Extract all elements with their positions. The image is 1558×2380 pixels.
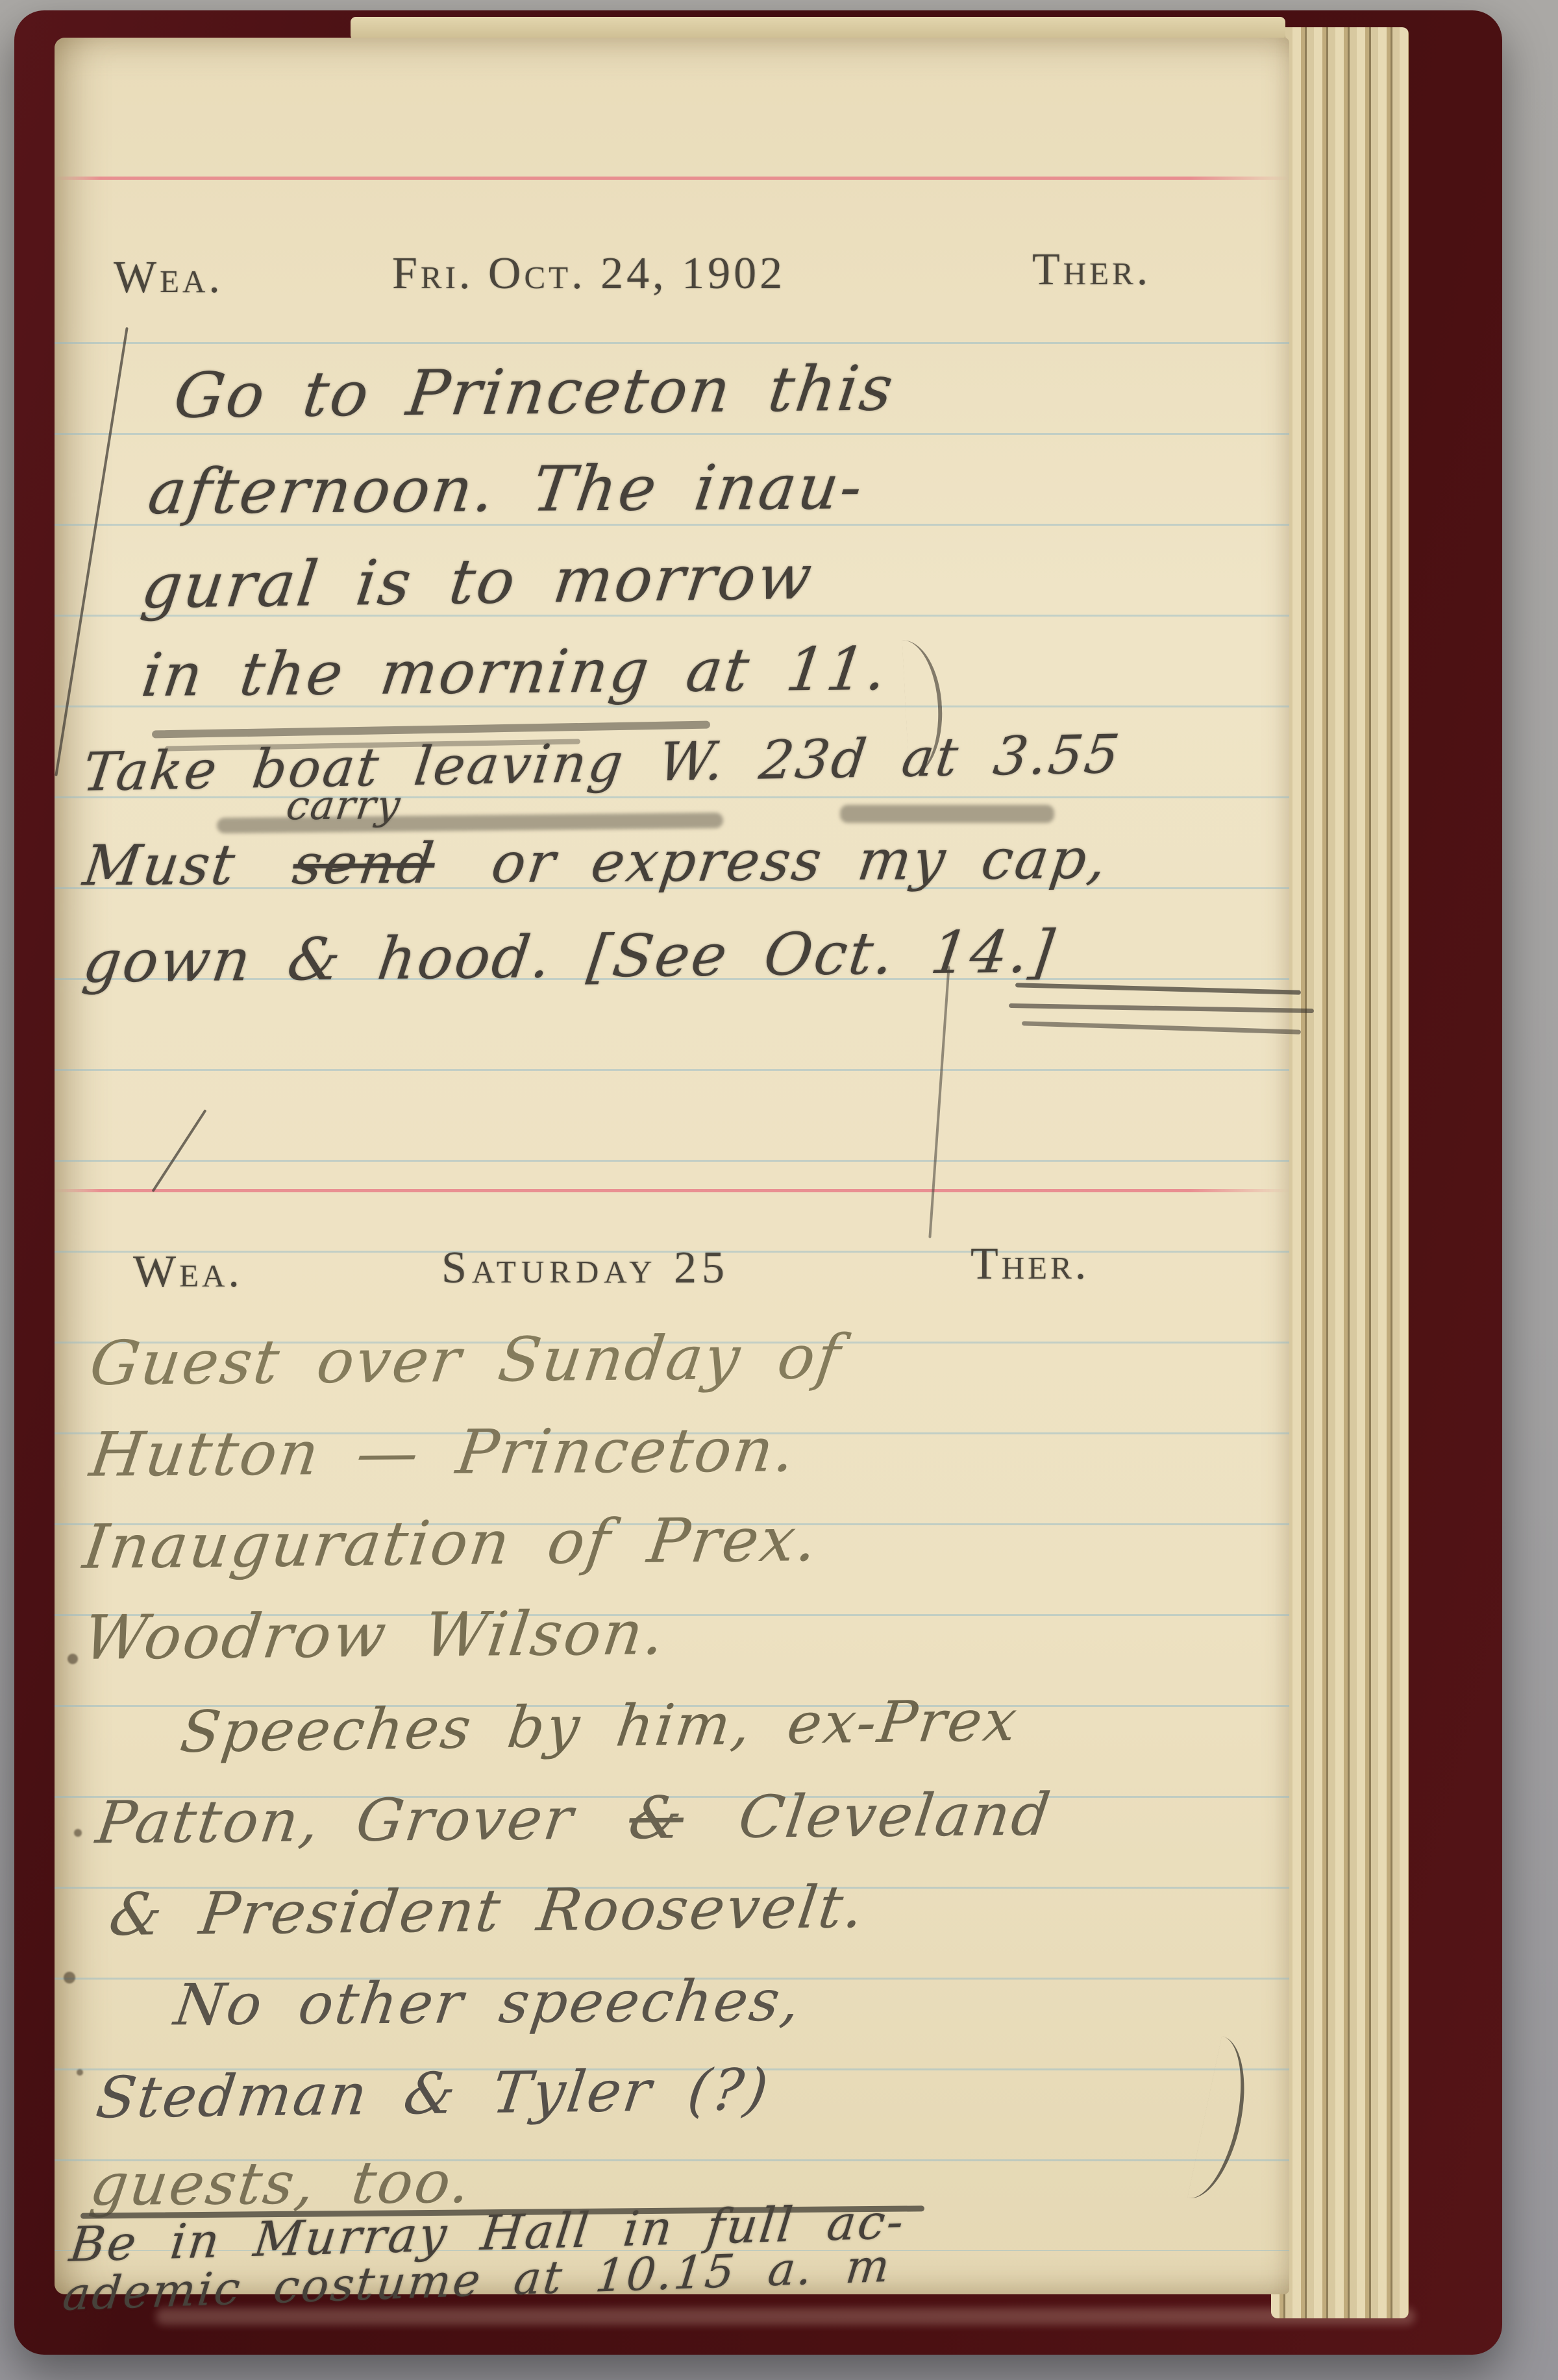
stray-stroke-mark xyxy=(928,966,950,1238)
diary-line-saturday-3: Inauguration of Prex. xyxy=(80,1510,822,1578)
diary-line-saturday-5: Speeches by him, ex-Prex xyxy=(177,1692,1022,1761)
day-heading-saturday: Saturday 25 xyxy=(441,1242,730,1294)
foxing-spot xyxy=(74,1829,82,1837)
diary-line-saturday-2: Hutton — Princeton. xyxy=(86,1420,800,1486)
diary-line-friday-4: in the morning at 11. xyxy=(138,639,891,705)
diary-line-friday-1: Go to Princeton this xyxy=(171,357,898,427)
underline-mark-seeoct-2 xyxy=(1009,1003,1314,1013)
line-segment: Cleveland xyxy=(735,1781,1056,1852)
diary-line-saturday-6: Patton, Grover & Cleveland xyxy=(93,1786,1055,1853)
diary-page: Wea. Fri. Oct. 24, 1902 Ther. Go to Prin… xyxy=(55,38,1289,2294)
diary-line-friday-7: gown & hood. [See Oct. 14.] xyxy=(80,923,1059,992)
paren-mark xyxy=(1187,2036,1257,2205)
margin-slash-mark xyxy=(55,327,128,776)
thermometer-label-friday: Ther. xyxy=(1032,244,1151,296)
red-rule-middle xyxy=(55,1189,1289,1192)
page-top-edge xyxy=(351,17,1285,40)
struck-word: & xyxy=(625,1784,688,1853)
diary-line-friday-3: gural is to morrow xyxy=(138,546,817,617)
diary-line-saturday-10: guests, too. xyxy=(87,2153,476,2214)
red-rule-top xyxy=(55,177,1289,180)
line-segment: Patton, Grover xyxy=(92,1785,578,1857)
struck-word: send xyxy=(289,831,439,898)
diary-line-saturday-4: Woodrow Wilson. xyxy=(80,1603,669,1669)
diary-line-friday-5: Take boat leaving W. 23d at 3.55 xyxy=(80,728,1124,800)
weather-label-saturday: Wea. xyxy=(133,1246,243,1298)
foxing-spot xyxy=(77,2069,83,2076)
diary-line-friday-6: Must send or express my cap, carry xyxy=(80,831,1112,894)
foxing-spot xyxy=(64,1972,75,1983)
tick-mark xyxy=(151,1109,206,1192)
photo-background: Wea. Fri. Oct. 24, 1902 Ther. Go to Prin… xyxy=(0,0,1558,2380)
inserted-word: carry xyxy=(284,785,403,826)
diary-line-saturday-9: Stedman & Tyler (?) xyxy=(93,2061,773,2127)
date-heading-friday: Fri. Oct. 24, 1902 xyxy=(392,248,785,300)
weather-label-friday: Wea. xyxy=(114,252,223,304)
page-stack-edge xyxy=(1271,27,1409,2318)
smudge-mark-right xyxy=(840,805,1054,823)
diary-line-friday-2: afternoon. The inau- xyxy=(145,456,867,523)
line-segment: Must xyxy=(80,833,241,899)
line-segment: or express my cap, xyxy=(488,827,1112,896)
underline-mark-seeoct-3 xyxy=(1022,1021,1301,1035)
diary-line-saturday-1: Guest over Sunday of xyxy=(86,1327,845,1395)
diary-line-saturday-7: & President Roosevelt. xyxy=(106,1878,869,1944)
diary-line-saturday-8: No other speeches, xyxy=(171,1972,806,2034)
foxing-spot xyxy=(68,1654,78,1664)
underline-mark-seeoct-1 xyxy=(1015,983,1301,995)
thermometer-label-saturday: Ther. xyxy=(971,1238,1089,1290)
